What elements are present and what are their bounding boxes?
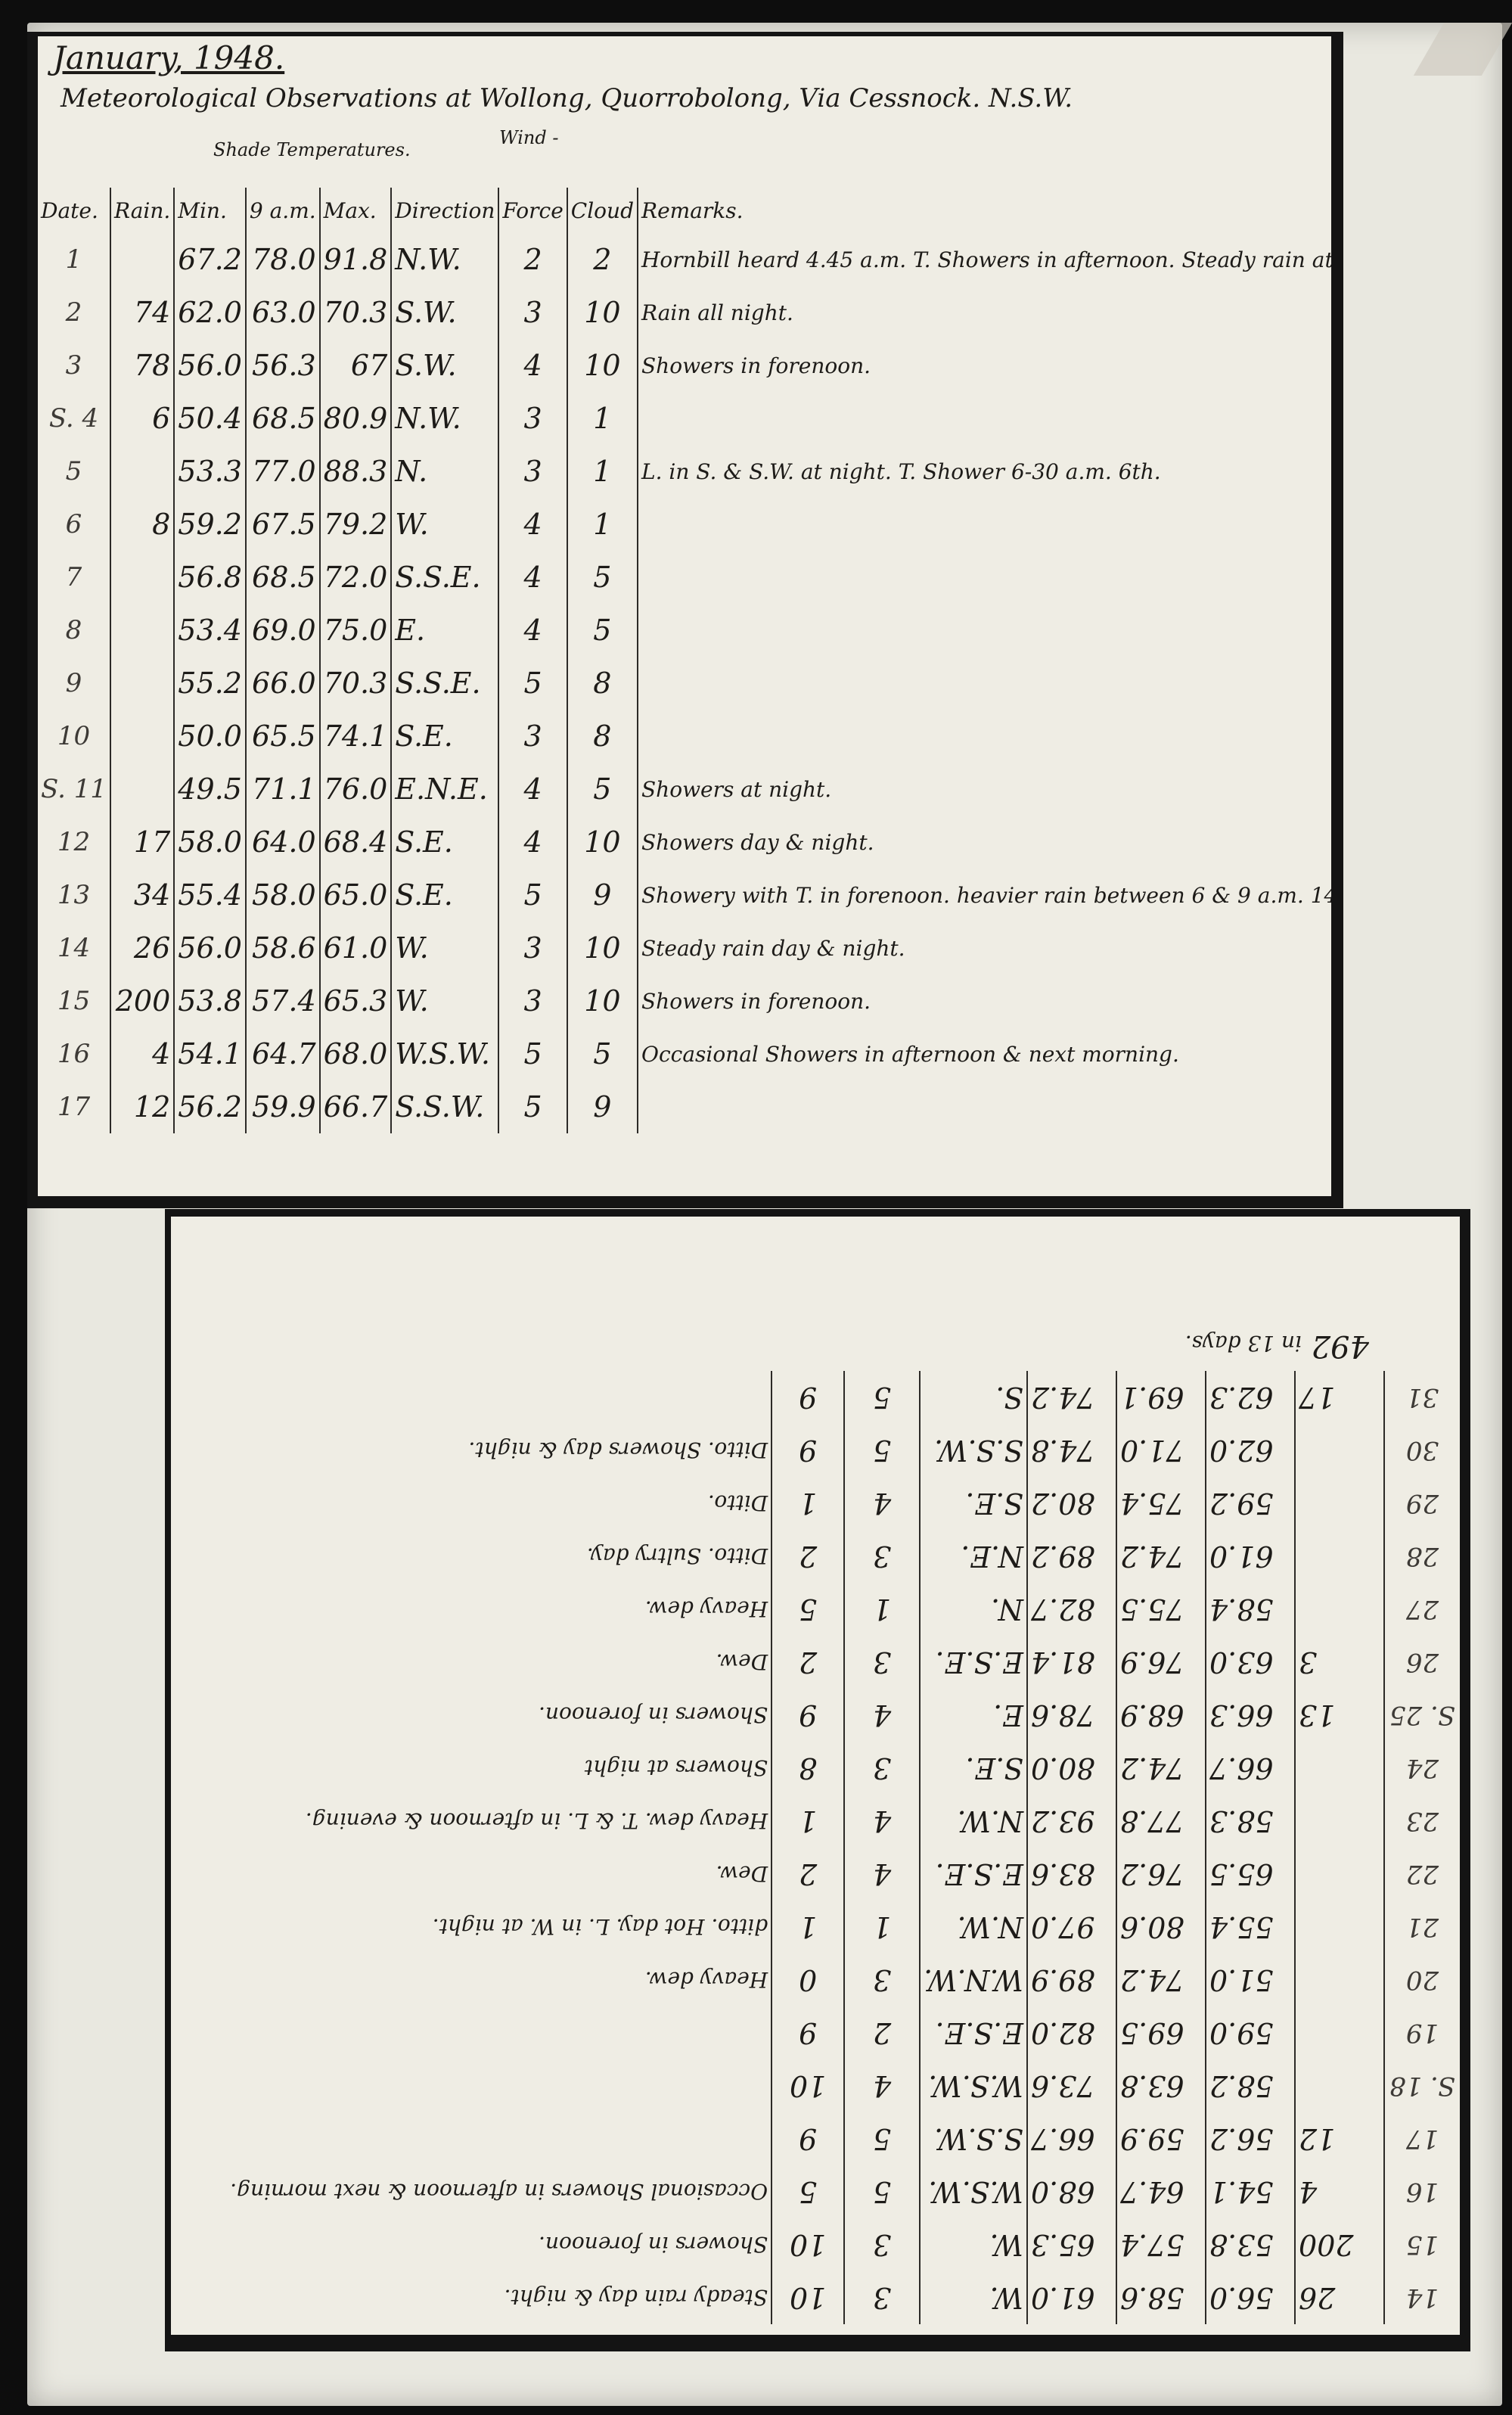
- wind-label: Wind -: [499, 127, 558, 148]
- cell-rain: [1295, 2059, 1384, 2112]
- cell-date: 19: [1384, 2006, 1460, 2059]
- cell-min: 62.0: [1206, 1424, 1295, 1477]
- cell-direction: N.: [391, 445, 498, 498]
- cell-force: 3: [844, 1742, 920, 1795]
- table-row: 26363.076.981.4E.S.E.32Dew.: [174, 1636, 1460, 1689]
- cell-rain: 13: [1295, 1689, 1384, 1742]
- cell-max: 61.0: [320, 922, 392, 974]
- cell-cloud: 2: [772, 1636, 844, 1689]
- cell-max: 68.0: [320, 1027, 392, 1080]
- cell-remark: Showers in forenoon.: [638, 974, 1343, 1027]
- cell-direction: N.W.: [920, 1901, 1027, 1953]
- cell-remark: Showers at night: [174, 1742, 772, 1795]
- table-row: 2358.377.893.2N.W.41Heavy dew. T. & L. i…: [174, 1795, 1460, 1848]
- col-max: Max.: [320, 188, 392, 233]
- cell-min: 58.4: [1206, 1583, 1295, 1636]
- cell-cloud: 1: [567, 445, 638, 498]
- cell-cloud: 2: [567, 233, 638, 286]
- cell-date: S. 18: [1384, 2059, 1460, 2112]
- cell-9am: 77.8: [1116, 1795, 1206, 1848]
- cell-remark: Hornbill heard 4.45 a.m. T. Showers in a…: [638, 233, 1343, 286]
- cell-max: 70.3: [320, 286, 392, 339]
- cell-direction: S.: [920, 1371, 1027, 1424]
- table-row: 2265.576.283.6E.S.E.42Dew.: [174, 1848, 1460, 1901]
- cell-max: 82.7: [1027, 1583, 1116, 1636]
- cell-date: 5: [38, 445, 110, 498]
- cell-max: 65.3: [1027, 2218, 1116, 2271]
- cell-date: 17: [38, 1080, 110, 1133]
- cell-remark: [638, 657, 1343, 710]
- cell-remark: [638, 392, 1343, 445]
- cell-9am: 71.0: [1116, 1424, 1206, 1477]
- table-row: 133455.458.065.0S.E.59Showery with T. in…: [38, 869, 1343, 922]
- cell-date: 30: [1384, 1424, 1460, 1477]
- table-row: 171256.259.966.7S.S.W.59: [38, 1080, 1343, 1133]
- cell-force: 4: [844, 1477, 920, 1530]
- cell-min: 56.8: [174, 551, 246, 604]
- cell-rain: 8: [110, 498, 174, 551]
- cell-cloud: 10: [567, 922, 638, 974]
- cell-rain: [110, 445, 174, 498]
- cell-9am: 56.3: [246, 339, 320, 392]
- cell-9am: 59.9: [1116, 2112, 1206, 2165]
- cell-9am: 57.4: [246, 974, 320, 1027]
- cell-force: 4: [844, 1689, 920, 1742]
- cell-date: 6: [38, 498, 110, 551]
- cell-9am: 77.0: [246, 445, 320, 498]
- cell-remark: Occasional Showers in afternoon & next m…: [174, 2165, 772, 2218]
- cell-9am: 68.5: [246, 551, 320, 604]
- cell-rain: 26: [1295, 2271, 1384, 2324]
- cell-min: 50.4: [174, 392, 246, 445]
- cell-remark: Heavy dew. T. & L. in afternoon & evenin…: [174, 1795, 772, 1848]
- table-row: 6859.267.579.2W.41: [38, 498, 1343, 551]
- cell-direction: E.S.E.: [920, 2006, 1027, 2059]
- cell-force: 3: [844, 2218, 920, 2271]
- table-row: 171256.259.966.7S.S.W.59: [174, 2112, 1460, 2165]
- cell-max: 61.0: [1027, 2271, 1116, 2324]
- cell-min: 67.2: [174, 233, 246, 286]
- cell-max: 73.6: [1027, 2059, 1116, 2112]
- cell-remark: Steady rain day & night.: [174, 2271, 772, 2324]
- cell-remark: Rain all night.: [638, 286, 1343, 339]
- cell-cloud: 5: [772, 2165, 844, 2218]
- cell-9am: 57.4: [1116, 2218, 1206, 2271]
- cell-remark: [174, 1371, 772, 1424]
- cell-rain: 200: [110, 974, 174, 1027]
- bottom-sheet-inverted: 142656.058.661.0W.310Steady rain day & n…: [165, 1209, 1470, 2351]
- cell-direction: E.: [391, 604, 498, 657]
- cell-rain: [1295, 1901, 1384, 1953]
- cell-max: 74.8: [1027, 1424, 1116, 1477]
- cell-cloud: 0: [772, 1953, 844, 2006]
- table-row: 2466.774.280.0S.E.38Showers at night: [174, 1742, 1460, 1795]
- cell-rain: 78: [110, 339, 174, 392]
- cell-cloud: 10: [567, 816, 638, 869]
- cell-max: 88.3: [320, 445, 392, 498]
- cell-force: 5: [844, 1424, 920, 1477]
- cell-force: 3: [844, 2271, 920, 2324]
- cell-date: 12: [38, 816, 110, 869]
- cell-remark: [638, 710, 1343, 763]
- cell-max: 79.2: [320, 498, 392, 551]
- cell-min: 58.3: [1206, 1795, 1295, 1848]
- cell-rain: 12: [1295, 2112, 1384, 2165]
- table-row: 2155.480.697.0N.W.11ditto. Hot day. L. i…: [174, 1901, 1460, 1953]
- cell-9am: 71.1: [246, 763, 320, 816]
- cell-min: 55.4: [174, 869, 246, 922]
- cell-force: 2: [498, 233, 567, 286]
- cell-direction: S.S.W.: [391, 1080, 498, 1133]
- cell-cloud: 5: [567, 763, 638, 816]
- cell-remark: Showers in forenoon.: [638, 339, 1343, 392]
- col-cloud: Cloud: [567, 188, 638, 233]
- cell-direction: W.S.W.: [920, 2059, 1027, 2112]
- cell-rain: [110, 763, 174, 816]
- cell-min: 58.0: [174, 816, 246, 869]
- cell-remark: Showers in forenoon.: [174, 1689, 772, 1742]
- cell-date: 9: [38, 657, 110, 710]
- cell-9am: 68.5: [246, 392, 320, 445]
- cell-9am: 64.0: [246, 816, 320, 869]
- cell-force: 4: [844, 1795, 920, 1848]
- cell-min: 65.5: [1206, 1848, 1295, 1901]
- cell-date: 28: [1384, 1530, 1460, 1583]
- cell-min: 61.0: [1206, 1530, 1295, 1583]
- cell-rain: 4: [110, 1027, 174, 1080]
- cell-force: 5: [498, 1080, 567, 1133]
- cell-remark: Ditto. Sultry day.: [174, 1530, 772, 1583]
- cell-max: 66.7: [1027, 2112, 1116, 2165]
- cell-direction: S.S.E.: [391, 657, 498, 710]
- cell-direction: E.S.E.: [920, 1636, 1027, 1689]
- cell-max: 83.6: [1027, 1848, 1116, 1901]
- cell-force: 4: [498, 763, 567, 816]
- cell-cloud: 8: [772, 1742, 844, 1795]
- cell-9am: 80.6: [1116, 1901, 1206, 1953]
- cell-direction: S.W.: [391, 339, 498, 392]
- cell-rain: 17: [110, 816, 174, 869]
- cell-direction: S.W.: [391, 286, 498, 339]
- cell-rain: [110, 710, 174, 763]
- cell-min: 55.2: [174, 657, 246, 710]
- cell-cloud: 1: [567, 498, 638, 551]
- cell-min: 54.1: [1206, 2165, 1295, 2218]
- col-min: Min.: [174, 188, 246, 233]
- cell-force: 4: [498, 816, 567, 869]
- cell-direction: W.: [391, 498, 498, 551]
- cell-rain: [110, 233, 174, 286]
- rain-total: 492 in 13 days.: [1185, 1329, 1369, 1363]
- cell-direction: W.N.W.: [920, 1953, 1027, 2006]
- table-row: 1050.065.574.1S.E.38: [38, 710, 1343, 763]
- cell-force: 3: [498, 974, 567, 1027]
- cell-cloud: 1: [772, 1477, 844, 1530]
- cell-direction: W.S.W.: [920, 2165, 1027, 2218]
- cell-direction: S.E.: [920, 1742, 1027, 1795]
- cell-force: 4: [844, 1848, 920, 1901]
- cell-remark: Occasional Showers in afternoon & next m…: [638, 1027, 1343, 1080]
- col-date: Date.: [38, 188, 110, 233]
- cell-min: 62.3: [1206, 1371, 1295, 1424]
- table-row: 37856.056.367S.W.410Showers in forenoon.: [38, 339, 1343, 392]
- table-row: 167.278.091.8N.W.22Hornbill heard 4.45 a…: [38, 233, 1343, 286]
- cell-force: 3: [844, 1636, 920, 1689]
- cell-direction: N.W.: [391, 392, 498, 445]
- cell-direction: S.E.: [391, 816, 498, 869]
- header-row: Date. Rain. Min. 9 a.m. Max. Direction F…: [38, 188, 1343, 233]
- cell-max: 68.4: [320, 816, 392, 869]
- cell-direction: W.: [391, 922, 498, 974]
- cell-min: 56.2: [1206, 2112, 1295, 2165]
- rain-total-note: in 13 days.: [1185, 1331, 1302, 1356]
- cell-cloud: 9: [567, 1080, 638, 1133]
- cell-max: 68.0: [1027, 2165, 1116, 2218]
- table-row: 142656.058.661.0W.310Steady rain day & n…: [38, 922, 1343, 974]
- cell-force: 5: [844, 2165, 920, 2218]
- cell-min: 53.8: [174, 974, 246, 1027]
- cell-remark: Heavy dew.: [174, 1953, 772, 2006]
- cell-rain: 12: [110, 1080, 174, 1133]
- cell-max: 65.3: [320, 974, 392, 1027]
- cell-date: 10: [38, 710, 110, 763]
- cell-date: 16: [1384, 2165, 1460, 2218]
- cell-cloud: 8: [567, 657, 638, 710]
- cell-max: 74.2: [1027, 1371, 1116, 1424]
- cell-rain: [110, 657, 174, 710]
- cell-min: 63.0: [1206, 1636, 1295, 1689]
- cell-rain: 74: [110, 286, 174, 339]
- cell-rain: 200: [1295, 2218, 1384, 2271]
- cell-cloud: 9: [772, 1689, 844, 1742]
- cell-remark: [638, 551, 1343, 604]
- cell-max: 66.7: [320, 1080, 392, 1133]
- cell-min: 66.3: [1206, 1689, 1295, 1742]
- cell-min: 53.3: [174, 445, 246, 498]
- cell-9am: 76.2: [1116, 1848, 1206, 1901]
- cell-min: 56.2: [174, 1080, 246, 1133]
- cell-date: 8: [38, 604, 110, 657]
- cell-direction: E.S.E.: [920, 1848, 1027, 1901]
- cell-date: 26: [1384, 1636, 1460, 1689]
- cell-remark: Showers in forenoon.: [174, 2218, 772, 2271]
- cell-force: 5: [844, 2112, 920, 2165]
- table-row: 853.469.075.0E.45: [38, 604, 1343, 657]
- cell-min: 53.8: [1206, 2218, 1295, 2271]
- cell-rain: [1295, 1530, 1384, 1583]
- cell-cloud: 10: [567, 286, 638, 339]
- table-row: 756.868.572.0S.S.E.45: [38, 551, 1343, 604]
- observations-table-bottom: 142656.058.661.0W.310Steady rain day & n…: [174, 1371, 1460, 2324]
- cell-date: 31: [1384, 1371, 1460, 1424]
- cell-force: 5: [498, 657, 567, 710]
- cell-rain: [1295, 1477, 1384, 1530]
- cell-date: 14: [1384, 2271, 1460, 2324]
- table-row: 2051.074.289.9W.N.W.30Heavy dew.: [174, 1953, 1460, 2006]
- cell-force: 3: [498, 392, 567, 445]
- cell-direction: S.E.: [391, 869, 498, 922]
- cell-min: 49.5: [174, 763, 246, 816]
- cell-direction: S.S.E.: [391, 551, 498, 604]
- cell-rain: [1295, 1848, 1384, 1901]
- cell-max: 76.0: [320, 763, 392, 816]
- cell-direction: S.E.: [391, 710, 498, 763]
- cell-max: 91.8: [320, 233, 392, 286]
- cell-direction: E.: [920, 1689, 1027, 1742]
- cell-min: 56.0: [1206, 2271, 1295, 2324]
- cell-force: 1: [844, 1583, 920, 1636]
- cell-force: 3: [498, 445, 567, 498]
- cell-max: 80.9: [320, 392, 392, 445]
- cell-9am: 74.2: [1116, 1742, 1206, 1795]
- cell-date: 13: [38, 869, 110, 922]
- table-row: 1959.069.582.0E.S.E.29: [174, 2006, 1460, 2059]
- cell-rain: 3: [1295, 1636, 1384, 1689]
- cell-max: 78.6: [1027, 1689, 1116, 1742]
- cell-9am: 68.9: [1116, 1689, 1206, 1742]
- cell-date: 2: [38, 286, 110, 339]
- cell-cloud: 9: [772, 1371, 844, 1424]
- table-row: 2861.074.289.2N.E.32Ditto. Sultry day.: [174, 1530, 1460, 1583]
- cell-min: 66.7: [1206, 1742, 1295, 1795]
- cell-min: 59.2: [174, 498, 246, 551]
- cell-force: 3: [498, 710, 567, 763]
- cell-max: 75.0: [320, 604, 392, 657]
- cell-cloud: 8: [567, 710, 638, 763]
- cell-min: 50.0: [174, 710, 246, 763]
- cell-force: 4: [498, 498, 567, 551]
- cell-9am: 69.5: [1116, 2006, 1206, 2059]
- cell-direction: S.S.W.: [920, 1424, 1027, 1477]
- cell-force: 3: [844, 1530, 920, 1583]
- cell-force: 4: [844, 2059, 920, 2112]
- cell-rain: [110, 604, 174, 657]
- table-row: S. 1858.263.873.6W.S.W.410: [174, 2059, 1460, 2112]
- page-title: January, 1948.: [53, 39, 284, 76]
- cell-remark: [638, 498, 1343, 551]
- table-row: S. 4650.468.580.9N.W.31: [38, 392, 1343, 445]
- cell-date: 22: [1384, 1848, 1460, 1901]
- cell-remark: [174, 2112, 772, 2165]
- cell-max: 80.0: [1027, 1742, 1116, 1795]
- cell-max: 72.0: [320, 551, 392, 604]
- cell-rain: 6: [110, 392, 174, 445]
- cell-9am: 58.0: [246, 869, 320, 922]
- cell-direction: W.: [391, 974, 498, 1027]
- cell-direction: N.W.: [391, 233, 498, 286]
- cell-date: S. 4: [38, 392, 110, 445]
- table-row: 1520053.857.465.3W.310Showers in forenoo…: [174, 2218, 1460, 2271]
- cell-date: 20: [1384, 1953, 1460, 2006]
- cell-rain: 34: [110, 869, 174, 922]
- cell-date: 7: [38, 551, 110, 604]
- table-row: S. 251366.368.978.6E.49Showers in foreno…: [174, 1689, 1460, 1742]
- cell-9am: 76.9: [1116, 1636, 1206, 1689]
- col-rain: Rain.: [110, 188, 174, 233]
- cell-date: 15: [38, 974, 110, 1027]
- cell-date: 15: [1384, 2218, 1460, 2271]
- cell-min: 58.2: [1206, 2059, 1295, 2112]
- cell-9am: 78.0: [246, 233, 320, 286]
- cell-force: 1: [844, 1901, 920, 1953]
- table-row: 16454.164.768.0W.S.W.55Occasional Shower…: [174, 2165, 1460, 2218]
- cell-cloud: 1: [772, 1795, 844, 1848]
- cell-cloud: 2: [772, 1530, 844, 1583]
- cell-min: 56.0: [174, 922, 246, 974]
- cell-date: 17: [1384, 2112, 1460, 2165]
- cell-max: 80.2: [1027, 1477, 1116, 1530]
- cell-remark: Dew.: [174, 1848, 772, 1901]
- cell-cloud: 9: [772, 2112, 844, 2165]
- cell-force: 5: [844, 1371, 920, 1424]
- cell-direction: W.: [920, 2218, 1027, 2271]
- cell-9am: 63.8: [1116, 2059, 1206, 2112]
- cell-9am: 75.5: [1116, 1583, 1206, 1636]
- cell-rain: [1295, 2006, 1384, 2059]
- cell-cloud: 5: [567, 1027, 638, 1080]
- cell-cloud: 10: [567, 974, 638, 1027]
- cell-remark: Steady rain day & night.: [638, 922, 1343, 974]
- cell-direction: S.S.W.: [920, 2112, 1027, 2165]
- table-row: 2758.475.582.7N.15Heavy dew.: [174, 1583, 1460, 1636]
- cell-9am: 58.6: [246, 922, 320, 974]
- inverted-content: 142656.058.661.0W.310Steady rain day & n…: [171, 1217, 1460, 2335]
- cell-rain: 4: [1295, 2165, 1384, 2218]
- col-remarks: Remarks.: [638, 188, 1343, 233]
- cell-max: 82.0: [1027, 2006, 1116, 2059]
- cell-remark: Dew.: [174, 1636, 772, 1689]
- cell-min: 53.4: [174, 604, 246, 657]
- cell-9am: 58.6: [1116, 2271, 1206, 2324]
- cell-cloud: 10: [772, 2271, 844, 2324]
- cell-force: 4: [498, 551, 567, 604]
- table-row: S. 1149.571.176.0E.N.E.45Showers at nigh…: [38, 763, 1343, 816]
- cell-cloud: 2: [772, 1848, 844, 1901]
- cell-cloud: 10: [567, 339, 638, 392]
- col-9am: 9 a.m.: [246, 188, 320, 233]
- cell-remark: [638, 604, 1343, 657]
- table-row: 955.266.070.3S.S.E.58: [38, 657, 1343, 710]
- cell-remark: Ditto.: [174, 1477, 772, 1530]
- cell-max: 89.2: [1027, 1530, 1116, 1583]
- cell-cloud: 1: [772, 1901, 844, 1953]
- cell-rain: 17: [1295, 1371, 1384, 1424]
- cell-max: 67: [320, 339, 392, 392]
- cell-9am: 67.5: [246, 498, 320, 551]
- cell-9am: 59.9: [246, 1080, 320, 1133]
- table-row: 3062.071.074.8S.S.W.59Ditto. Showers day…: [174, 1424, 1460, 1477]
- cell-date: 14: [38, 922, 110, 974]
- shade-temperatures-label: Shade Temperatures.: [213, 139, 411, 160]
- cell-min: 51.0: [1206, 1953, 1295, 2006]
- cell-max: 97.0: [1027, 1901, 1116, 1953]
- cell-date: 3: [38, 339, 110, 392]
- cell-remark: Showers at night.: [638, 763, 1343, 816]
- cell-9am: 66.0: [246, 657, 320, 710]
- cell-rain: [1295, 1795, 1384, 1848]
- cell-9am: 69.1: [1116, 1371, 1206, 1424]
- cell-force: 4: [498, 604, 567, 657]
- cell-cloud: 9: [772, 2006, 844, 2059]
- cell-9am: 63.0: [246, 286, 320, 339]
- table-row: 27462.063.070.3S.W.310Rain all night.: [38, 286, 1343, 339]
- cell-max: 65.0: [320, 869, 392, 922]
- page-subtitle: Meteorological Observations at Wollong, …: [61, 83, 1073, 113]
- cell-9am: 64.7: [246, 1027, 320, 1080]
- cell-direction: N.E.: [920, 1530, 1027, 1583]
- cell-direction: E.N.E.: [391, 763, 498, 816]
- cell-remark: Heavy dew.: [174, 1583, 772, 1636]
